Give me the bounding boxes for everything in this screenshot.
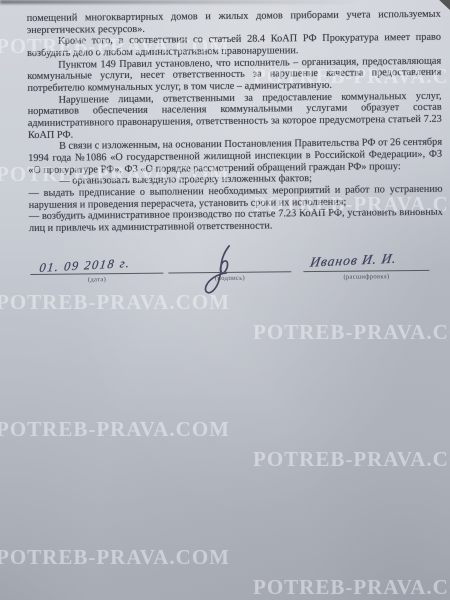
watermark-text: POTREB-PRAVA.COM bbox=[0, 545, 230, 570]
watermark-text: POTREB-PRAVA.COM bbox=[0, 34, 230, 59]
watermark-text: POTREB-PRAVA.COM bbox=[253, 320, 450, 345]
watermark-text: POTREB-PRAVA.COM bbox=[0, 290, 230, 315]
watermark-text: POTREB-PRAVA.COM bbox=[0, 417, 230, 442]
watermark-layer: POTREB-PRAVA.COMPOTREB-PRAVA.COMPOTREB-P… bbox=[0, 0, 450, 600]
watermark-text: POTREB-PRAVA.COM bbox=[253, 447, 450, 472]
watermark-text: POTREB-PRAVA.COM bbox=[253, 575, 450, 600]
document-photo: помещений многоквартирных домов и жилых … bbox=[0, 0, 450, 600]
watermark-text: POTREB-PRAVA.COM bbox=[253, 64, 450, 89]
watermark-text: POTREB-PRAVA.COM bbox=[253, 192, 450, 217]
watermark-text: POTREB-PRAVA.COM bbox=[0, 162, 230, 187]
